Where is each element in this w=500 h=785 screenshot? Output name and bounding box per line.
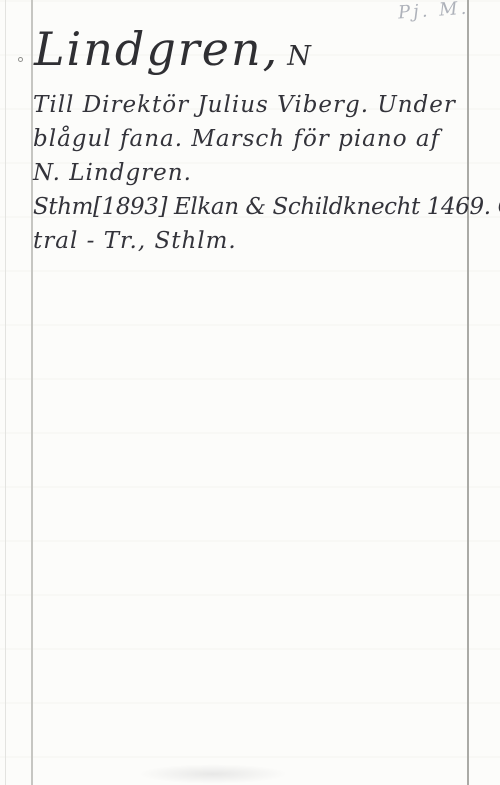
entry-heading: Lindgren,N: [34, 22, 312, 77]
catalog-card: Pj. M. Lindgren,N Till Direktör Julius V…: [0, 0, 500, 785]
margin-dot: [18, 57, 23, 62]
handwritten-line: blågul fana. Marsch för piano af: [33, 122, 500, 156]
bottom-smudge: [138, 764, 288, 784]
handwritten-line: N. Lindgren.: [33, 156, 500, 190]
entry-initial: N: [287, 41, 312, 72]
handwritten-line: Till Direktör Julius Viberg. Under: [33, 88, 500, 122]
entry-surname: Lindgren,: [34, 22, 279, 76]
entry-body: Till Direktör Julius Viberg. Under blågu…: [33, 88, 500, 258]
handwritten-line: tral - Tr., Sthlm.: [33, 224, 500, 258]
handwritten-line: Sthm[1893] Elkan & Schildknecht 1469. Ce…: [33, 190, 500, 224]
left-edge-rule: [5, 0, 6, 785]
pencil-annotation: Pj. M.: [397, 0, 470, 23]
